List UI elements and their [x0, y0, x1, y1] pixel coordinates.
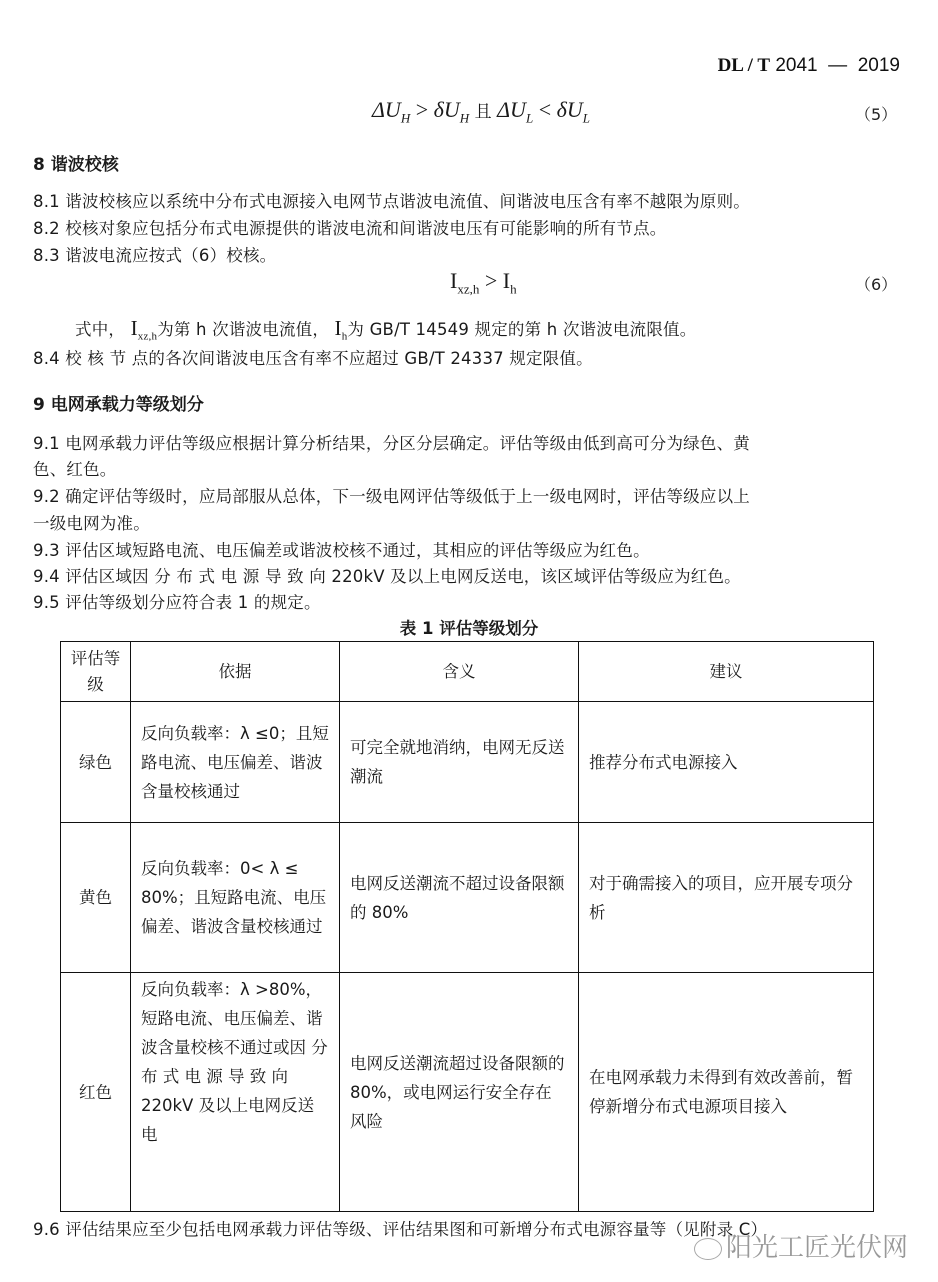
- clause-8-4: 8.4 校 核 节 点的各次间谐波电压含有率不应超过 GB/T 24337 规定…: [33, 345, 593, 369]
- section-8-title: 8 谐波校核: [33, 150, 119, 175]
- equation-5-number: （5）: [855, 102, 897, 125]
- level-cell: 黄色: [61, 823, 131, 973]
- table-row-green: 绿色 反向负载率：λ ≤0；且短路电流、电压偏差、谐波含量校核通过 可完全就地消…: [61, 702, 874, 823]
- level-cell: 红色: [61, 973, 131, 1212]
- header-meaning: 含义: [340, 642, 579, 702]
- meaning-cell: 可完全就地消纳，电网无反送潮流: [340, 702, 579, 823]
- basis-cell: 反向负载率：λ ≤0；且短路电流、电压偏差、谐波含量校核通过: [131, 702, 340, 823]
- clause-9-5: 9.5 评估等级划分应符合表 1 的规定。: [33, 589, 321, 613]
- clause-9-6: 9.6 评估结果应至少包括电网承载力评估等级、评估结果图和可新增分布式电源容量等…: [33, 1216, 767, 1240]
- watermark: 阳光工匠光伏网: [694, 1227, 908, 1264]
- meaning-cell: 电网反送潮流超过设备限额的 80%，或电网运行安全存在风险: [340, 973, 579, 1212]
- table-header-row: 评估等级 依据 含义 建议: [61, 642, 874, 702]
- table-row-red: 红色 反向负载率：λ >80%，短路电流、电压偏差、谐波含量校核不通过或因 分 …: [61, 973, 874, 1212]
- header-basis: 依据: [131, 642, 340, 702]
- header-level: 评估等级: [61, 642, 131, 702]
- clause-8-1: 8.1 谐波校核应以系统中分布式电源接入电网节点谐波电流值、间谐波电压含有率不越…: [33, 188, 750, 212]
- standard-year: 2019: [858, 55, 900, 76]
- assessment-level-table: 评估等级 依据 含义 建议 绿色 反向负载率：λ ≤0；且短路电流、电压偏差、谐…: [60, 641, 874, 1212]
- section-9-title: 9 电网承载力等级划分: [33, 390, 204, 415]
- clause-9-3: 9.3 评估区域短路电流、电压偏差或谐波校核不通过，其相应的评估等级应为红色。: [33, 537, 650, 561]
- equation-6-where: 式中， Ixz,h为第 h 次谐波电流值， Ih为 GB/T 14549 规定的…: [75, 316, 696, 342]
- standard-number: 2041: [775, 55, 817, 76]
- equation-5: ΔUH > δUH 且 ΔUL < δUL: [372, 97, 590, 126]
- standard-prefix: DL / T: [718, 55, 770, 76]
- table-row-yellow: 黄色 反向负载率：0< λ ≤ 80%；且短路电流、电压偏差、谐波含量校核通过 …: [61, 823, 874, 973]
- wechat-icon: [694, 1238, 722, 1260]
- standard-header: DL / T 2041 — 2019: [718, 55, 900, 77]
- clause-9-1: 9.1 电网承载力评估等级应根据计算分析结果，分区分层确定。评估等级由低到高可分…: [33, 430, 750, 454]
- equation-6-number: （6）: [855, 272, 897, 295]
- equation-6: Ixz,h > Ih: [450, 268, 517, 297]
- clause-9-4: 9.4 评估区域因 分 布 式 电 源 导 致 向 220kV 及以上电网反送电…: [33, 563, 741, 587]
- advice-cell: 在电网承载力未得到有效改善前，暂停新增分布式电源项目接入: [579, 973, 874, 1212]
- table-1-caption: 表 1 评估等级划分: [0, 615, 938, 639]
- level-cell: 绿色: [61, 702, 131, 823]
- basis-cell: 反向负载率：λ >80%，短路电流、电压偏差、谐波含量校核不通过或因 分 布 式…: [131, 973, 340, 1212]
- clause-9-2: 9.2 确定评估等级时，应局部服从总体，下一级电网评估等级低于上一级电网时，评估…: [33, 483, 750, 507]
- clause-8-3: 8.3 谐波电流应按式（6）校核。: [33, 242, 276, 266]
- meaning-cell: 电网反送潮流不超过设备限额的 80%: [340, 823, 579, 973]
- advice-cell: 对于确需接入的项目，应开展专项分析: [579, 823, 874, 973]
- clause-9-1-cont: 色、红色。: [33, 456, 117, 480]
- header-dash: —: [828, 55, 847, 76]
- advice-cell: 推荐分布式电源接入: [579, 702, 874, 823]
- watermark-text: 阳光工匠光伏网: [726, 1233, 908, 1263]
- clause-9-2-cont: 一级电网为准。: [33, 510, 150, 534]
- header-advice: 建议: [579, 642, 874, 702]
- basis-cell: 反向负载率：0< λ ≤ 80%；且短路电流、电压偏差、谐波含量校核通过: [131, 823, 340, 973]
- clause-8-2: 8.2 校核对象应包括分布式电源提供的谐波电流和间谐波电压有可能影响的所有节点。: [33, 215, 667, 239]
